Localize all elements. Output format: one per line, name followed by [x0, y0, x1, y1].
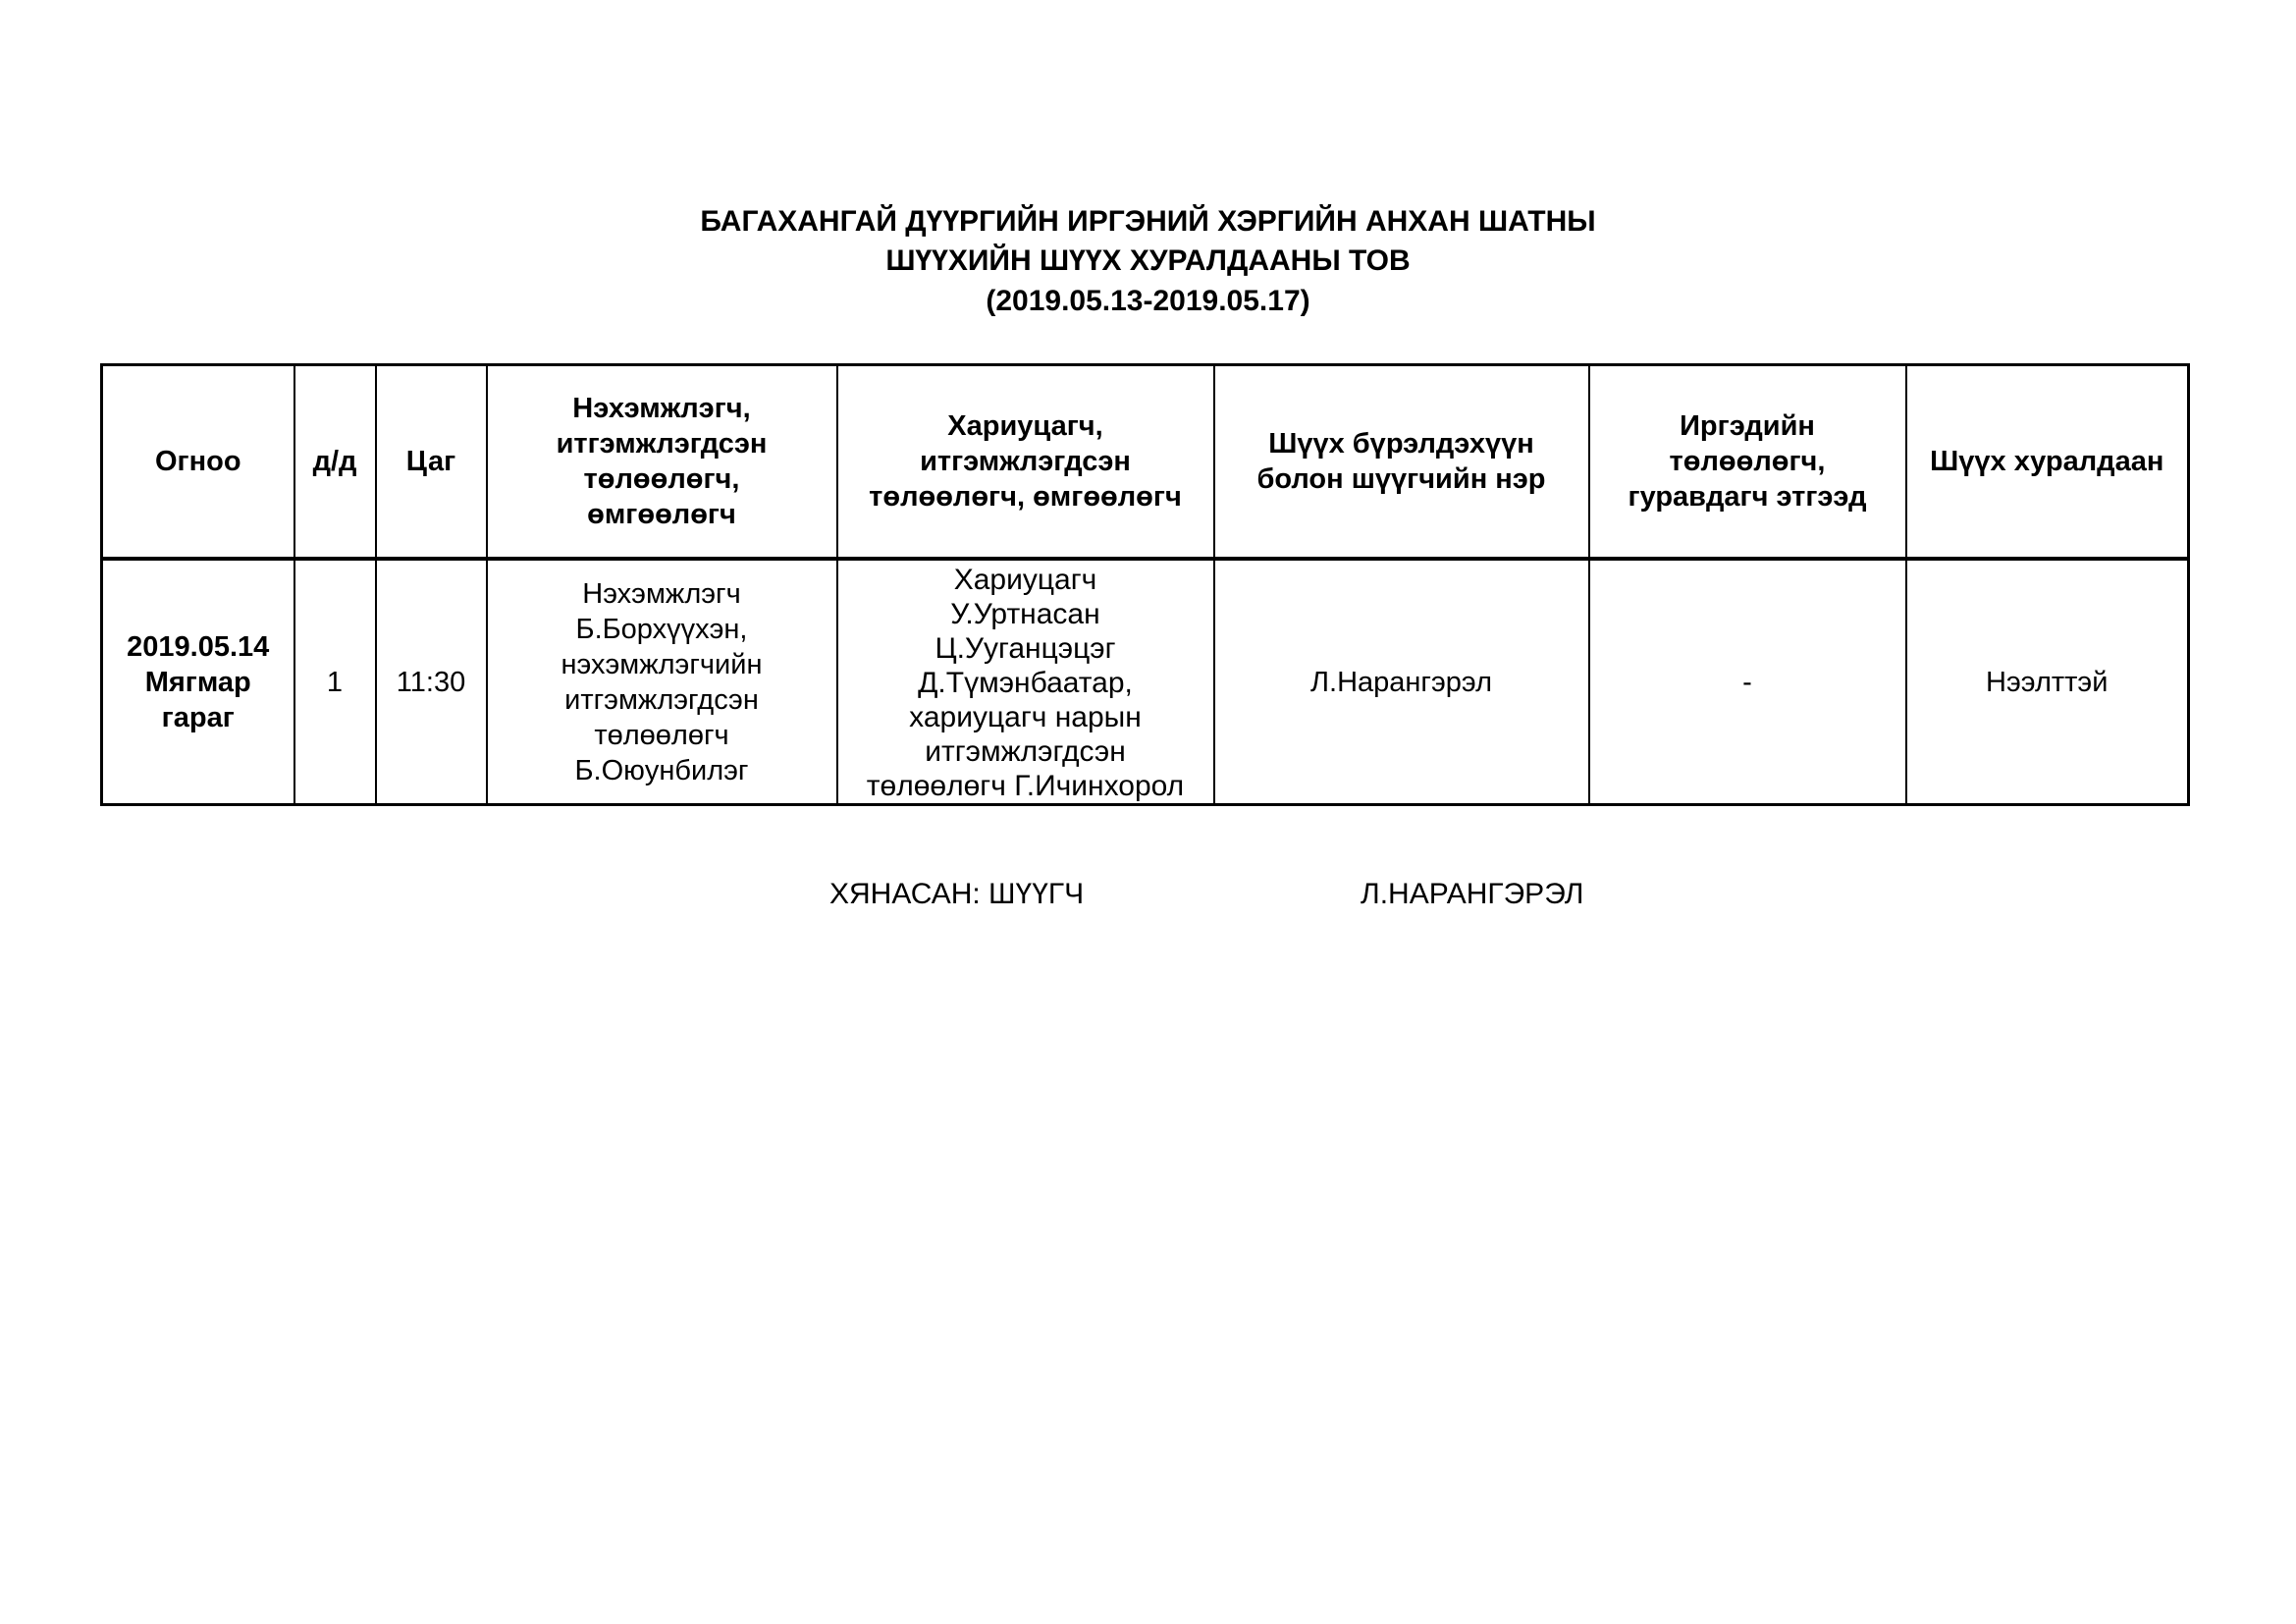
text-line: болон шүүгчийн нэр [1219, 461, 1584, 497]
text-line: төлөөлөгч [492, 718, 832, 753]
document-title-line-1: БАГАХАНГАЙ ДҮҮРГИЙН ИРГЭНИЙ ХЭРГИЙН АНХА… [0, 202, 2296, 242]
text-line: итгэмжлэгдсэн [492, 682, 832, 718]
text-line: д/д [299, 444, 371, 479]
cell-date: 2019.05.14Мягмаргараг [102, 559, 294, 805]
text-line: Хариуцагч, [842, 408, 1209, 444]
text-line: төлөөлөгч, [492, 461, 832, 497]
cell-number: 1 [294, 559, 376, 805]
cell-citizen-representative: - [1589, 559, 1906, 805]
cell-judge: Л.Нарангэрэл [1214, 559, 1589, 805]
text-line: Цаг [381, 444, 482, 479]
header-date: Огноо [102, 365, 294, 560]
text-line: Д.Түмэнбаатар, [842, 666, 1209, 700]
header-citizen-representative: Иргэдийнтөлөөлөгч,гуравдагч этгээд [1589, 365, 1906, 560]
text-line: Шүүх хуралдаан [1911, 444, 2184, 479]
header-number: д/д [294, 365, 376, 560]
cell-time: 11:30 [376, 559, 487, 805]
cell-defendant: ХариуцагчУ.УртнасанЦ.УуганцэцэгД.Түмэнба… [837, 559, 1214, 805]
text-line: гараг [107, 700, 290, 735]
text-line: Мягмар [107, 665, 290, 700]
text-line: итгэмжлэгдсэн [492, 426, 832, 461]
text-line: нэхэмжлэгчийн [492, 647, 832, 682]
hearing-schedule-table: Огноо д/д Цаг Нэхэмжлэгч,итгэмжлэгдсэнтө… [100, 363, 2190, 806]
text-line: төлөөлөгч Г.Ичинхорол [842, 769, 1209, 803]
cell-hearing-type: Нээлттэй [1906, 559, 2189, 805]
text-line: Хариуцагч [842, 563, 1209, 597]
text-line: төлөөлөгч, өмгөөлөгч [842, 479, 1209, 514]
text-line: итгэмжлэгдсэн [842, 444, 1209, 479]
header-defendant: Хариуцагч,итгэмжлэгдсэнтөлөөлөгч, өмгөөл… [837, 365, 1214, 560]
text-line: Нэхэмжлэгч [492, 576, 832, 612]
text-line: өмгөөлөгч [492, 497, 832, 532]
document-title-line-2: ШҮҮХИЙН ШҮҮХ ХУРАЛДААНЫ ТОВ [0, 242, 2296, 281]
header-judge: Шүүх бүрэлдэхүүнболон шүүгчийн нэр [1214, 365, 1589, 560]
header-hearing-type: Шүүх хуралдаан [1906, 365, 2189, 560]
text-line: Иргэдийн [1594, 408, 1901, 444]
reviewer-name: Л.НАРАНГЭРЭЛ [1361, 877, 1583, 912]
text-line: төлөөлөгч, [1594, 444, 1901, 479]
header-time: Цаг [376, 365, 487, 560]
text-line: итгэмжлэгдсэн [842, 734, 1209, 769]
text-line: гуравдагч этгээд [1594, 479, 1901, 514]
reviewed-by-label: ХЯНАСАН: ШҮҮГЧ [829, 877, 1084, 912]
text-line: хариуцагч нарын [842, 700, 1209, 734]
text-line: Ц.Ууганцэцэг [842, 631, 1209, 666]
table-header-row: Огноо д/д Цаг Нэхэмжлэгч,итгэмжлэгдсэнтө… [102, 365, 2189, 560]
text-line: Б.Оюунбилэг [492, 753, 832, 788]
cell-plaintiff: НэхэмжлэгчБ.Борхүүхэн,нэхэмжлэгчийнитгэм… [487, 559, 837, 805]
table-row: 2019.05.14Мягмаргараг 1 11:30 Нэхэмжлэгч… [102, 559, 2189, 805]
document-date-range: (2019.05.13-2019.05.17) [0, 282, 2296, 321]
header-plaintiff: Нэхэмжлэгч,итгэмжлэгдсэнтөлөөлөгч,өмгөөл… [487, 365, 837, 560]
text-line: Шүүх бүрэлдэхүүн [1219, 426, 1584, 461]
text-line: Б.Борхүүхэн, [492, 612, 832, 647]
text-line: Нэхэмжлэгч, [492, 391, 832, 426]
text-line: 2019.05.14 [107, 629, 290, 665]
text-line: Огноо [107, 444, 290, 479]
text-line: У.Уртнасан [842, 597, 1209, 631]
